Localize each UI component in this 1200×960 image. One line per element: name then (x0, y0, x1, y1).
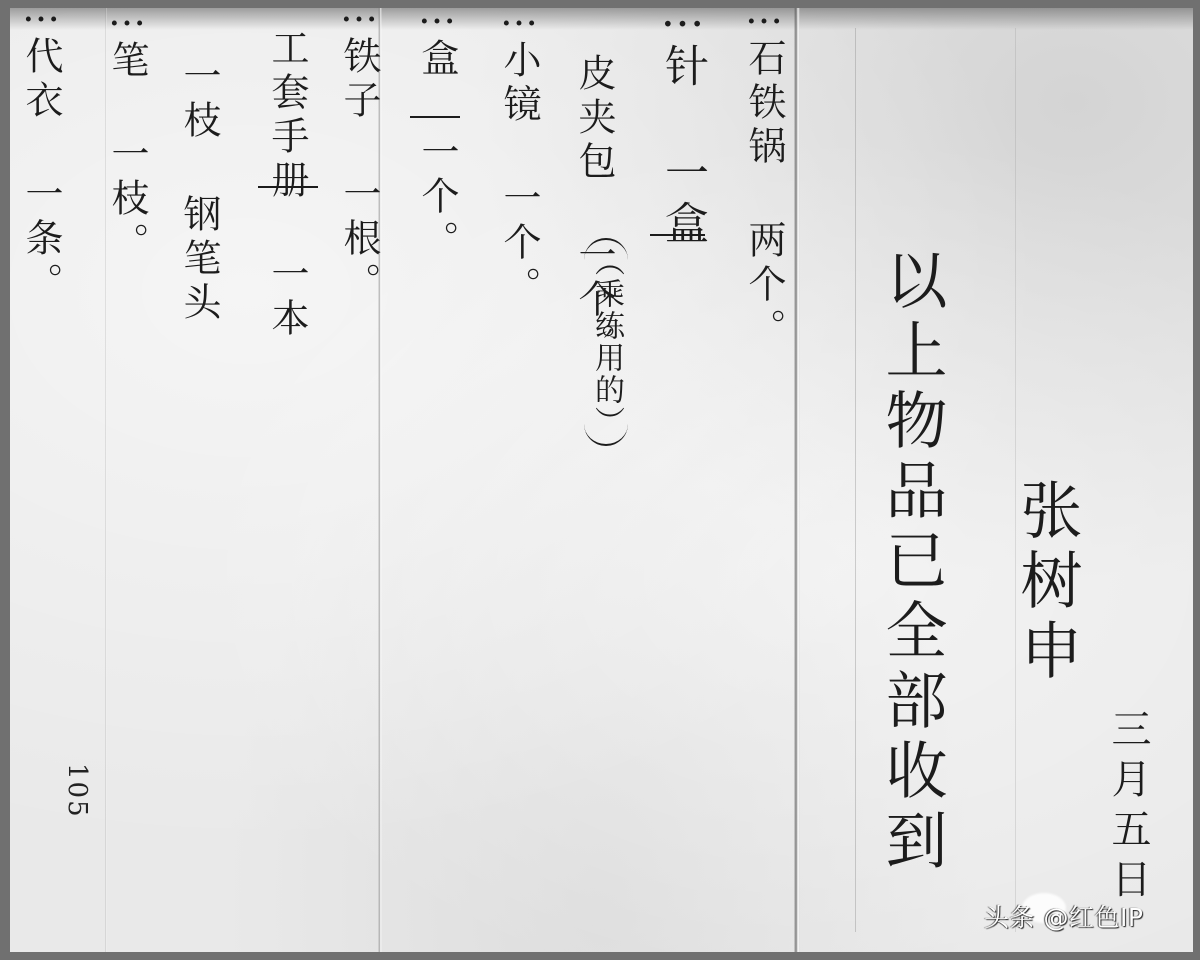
inventory-item-handbook: 工套手册 一本 (268, 28, 306, 342)
page-number: 105 (62, 763, 92, 819)
signature: 张树申 (1015, 478, 1077, 688)
inventory-item-pen: …笔 一枝。 (108, 8, 146, 266)
inventory-item-iron-rod: …铁子 一根。 (340, 8, 378, 306)
fold-crease-center (794, 8, 800, 952)
confirmation-statement: 以上物品已全部收到 (880, 248, 942, 878)
page-number-container: 105 (92, 763, 122, 833)
underline-mark (650, 234, 705, 236)
inventory-item-pen-nib: 一枝 钢笔头 (180, 56, 218, 326)
paper-top-shadow (10, 8, 1193, 30)
strike-mark (258, 186, 318, 188)
signature-date: 三月五日 (1108, 708, 1148, 908)
inventory-item-needle-box: …针 一盒 (660, 8, 704, 250)
underline-mark (410, 116, 460, 118)
inventory-item-belt: …代衣 一条。 (22, 8, 60, 306)
inventory-item-small-mirror: …小镜 一个。 (500, 8, 538, 310)
watermark-text: 头条 @红色IP (984, 898, 1143, 934)
inventory-item-wallet-note: （乘练用的） (584, 238, 628, 446)
inventory-item-iron-pots: …石铁锅 两个。 (745, 8, 783, 352)
inventory-item-box: …盒 一个。 (418, 8, 456, 264)
paper-faint-line (855, 28, 856, 932)
document-paper: …石铁锅 两个。 …针 一盒 皮夹包 一个。 （乘练用的） …小镜 一个。 …盒… (10, 8, 1193, 952)
